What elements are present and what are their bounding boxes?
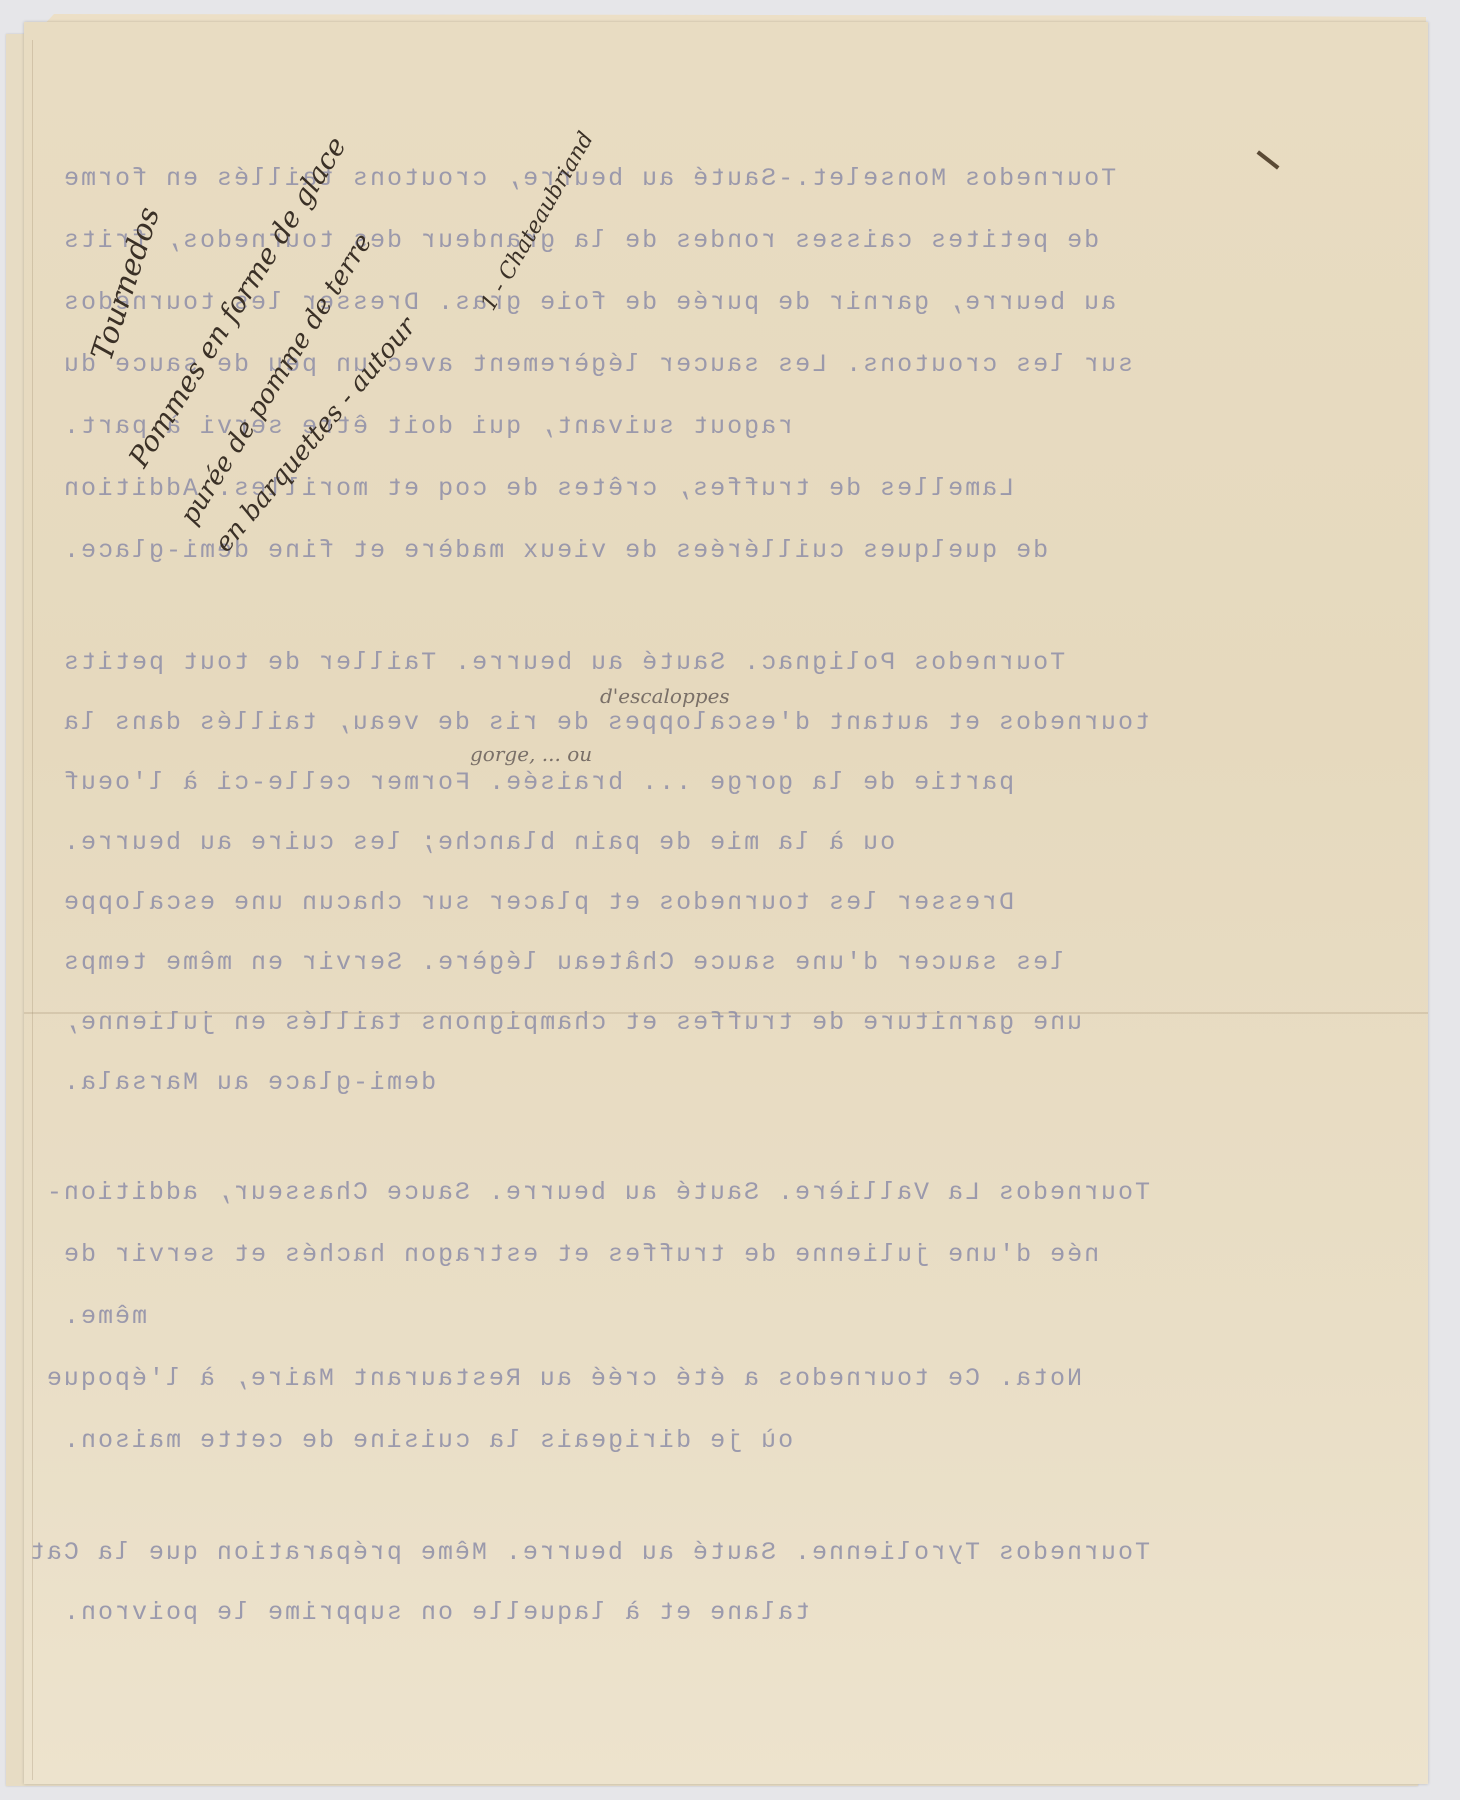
inline-correction: d'escaloppes [600,684,730,708]
inline-correction: gorge, ... ou [470,742,592,766]
typed-line: sur les croutons. Les saucer légèrement … [62,350,1150,379]
typed-line: où je dirigeais la cuisine de cette mais… [62,1426,1150,1455]
typed-line: de petites caisses rondes de la grandeur… [62,226,1150,255]
typed-line: les saucer d'une sauce Château légère. S… [62,948,1150,977]
typed-line: une garniture de truffes et champignons … [62,1008,1150,1037]
typed-line: Tournedos Monselet.-Sauté au beurre, cro… [62,164,1150,193]
typed-line: Dresser les tournedos et placer sur chac… [62,888,1150,917]
typed-line: Tournedos Tyrolienne. Sauté au beurre. M… [62,1538,1150,1567]
typed-line: partie de la gorge ... braisée. Former c… [62,768,1150,797]
typed-line: même. [62,1302,1150,1331]
typed-line: Tournedos La Vallière. Sauté au beurre. … [62,1178,1150,1207]
typed-line: Nota. Ce tournedos a été créé au Restaur… [62,1364,1150,1393]
typed-line: Tournedos Polignac. Sauté au beurre. Tai… [62,648,1150,677]
typed-line: née d'une julienne de truffes et estrago… [62,1240,1150,1269]
left-sheet-edge [32,40,33,1780]
typed-line: demi-glace au Marsala. [62,1068,1150,1097]
typed-line: talane et à laquelle on supprime le poiv… [62,1598,1150,1627]
typed-line: tournedos et autant d'escaloppes de ris … [62,708,1150,737]
typed-line: ou à la mie de pain blanche; les cuire a… [62,828,1150,857]
